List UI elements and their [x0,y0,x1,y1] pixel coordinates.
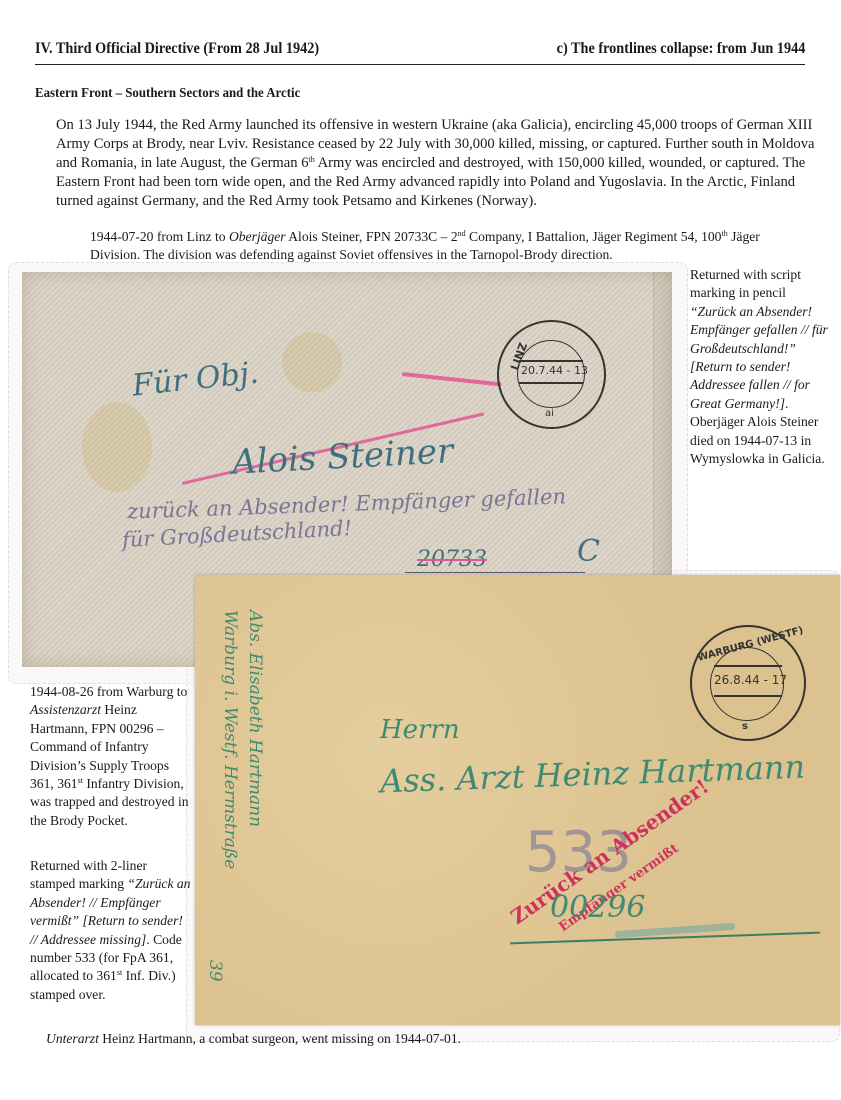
caption-rank: Oberjäger [229,229,286,244]
postmark-bar [519,382,583,384]
postmark-bar [519,360,583,362]
cover1-caption: 1944-07-20 from Linz to Oberjäger Alois … [90,228,810,264]
note-text: 1944-08-26 from Warburg to [30,684,187,699]
footer-rank: Unterarzt [46,1031,99,1046]
postmark-date: 26.8.44 - 17 [714,673,787,687]
cover1-side-note: Returned with script marking in pencil “… [690,266,830,468]
note-rank: Assistenzarzt [30,702,101,717]
address-line-1: Herrn [380,715,460,745]
cover2-side-note-2: Returned with 2-liner stamped marking “Z… [30,857,192,1004]
cover2-side-note-1: 1944-08-26 from Warburg to Assistenzarzt… [30,683,190,830]
caption-sup: nd [458,229,466,238]
address-fpn-suffix: C [577,534,600,569]
subchapter-title: c) The frontlines collapse: from Jun 194… [556,40,805,58]
footer-text: Heinz Hartmann, a combat surgeon, went m… [99,1031,461,1046]
red-crayon-arrow [402,372,502,386]
sender-line-1: Abs. Elisabeth Hartmann [245,610,265,827]
address-fpn: 20733 [417,547,487,572]
address-line-2: Ass. Arzt Heinz Hartmann [379,748,805,801]
postmark-code: ai [545,408,554,419]
caption-text: Alois Steiner, FPN 20733C – 2 [286,229,458,244]
address-line-2: Alois Steiner [231,431,454,483]
warburg-postmark: WARBURG (WESTF) 26.8.44 - 17 s [690,625,806,741]
cover2-footer-caption: Unterarzt Heinz Hartmann, a combat surge… [46,1031,461,1047]
stain [282,332,342,392]
intro-paragraph: On 13 July 1944, the Red Army launched i… [56,116,816,211]
caption-text: 1944-07-20 from Linz to [90,229,229,244]
postmark-date: 20.7.44 - 13 [521,364,588,377]
cover2-envelope: Abs. Elisabeth Hartmann Warburg i. Westf… [195,575,840,1025]
sender-line-3: 39 [205,960,225,982]
linz-postmark: LINZ 20.7.44 - 13 ai [497,320,606,429]
page-header: IV. Third Official Directive (From 28 Ju… [35,32,805,65]
address-line-1: Für Obj. [131,355,261,403]
postmark-bar [714,665,782,667]
postmark-code: s [742,721,748,732]
stain [82,402,152,492]
postmark-bar [714,695,782,697]
caption-text: Company, I Battalion, Jäger Regiment 54,… [466,229,722,244]
section-title: Eastern Front – Southern Sectors and the… [35,86,300,102]
chapter-title: IV. Third Official Directive (From 28 Ju… [35,40,319,58]
note-text: Returned with script marking in pencil [690,267,801,300]
note-quote: “Zurück an Absender! Empfänger gefallen … [690,304,828,411]
sender-line-2: Warburg i. Westf. Hermstraße [220,610,240,869]
address-fpn: 00296 [550,890,645,925]
